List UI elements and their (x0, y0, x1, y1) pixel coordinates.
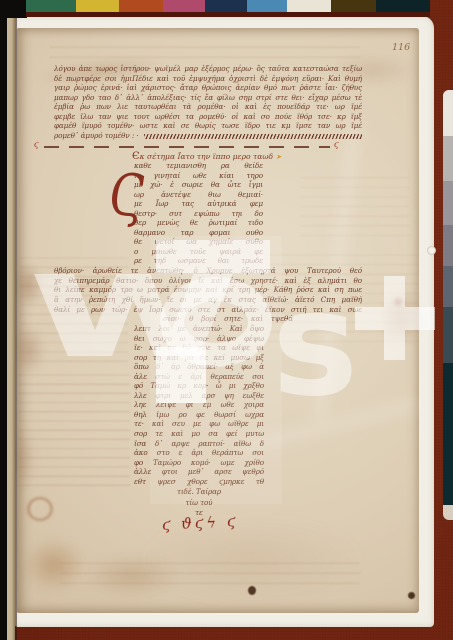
manuscript-text-line: μαπωρ γδο ταο δ᾽ ἀλλ᾽ ἀπολέξιας· τίς ἔα … (54, 93, 362, 103)
manuscript-text-line: ο μοιωθε τοῦε ψαιρά φε (134, 247, 263, 257)
manuscript-text-line: σορ τη καὶ μα σε κεί μυσω μξ (134, 353, 264, 363)
manuscript-text-line: φαμέθ ϊμυρό τομέθν· ωστε καὶ σε θωρίς τω… (54, 121, 362, 131)
book-spine-edge (0, 0, 7, 640)
text-line-medium: σίον· θ βορί σητε· καὶ τψεθά (163, 314, 293, 324)
calibration-patch-green (26, 0, 76, 12)
manuscript-text-line: λεπτ λοι με ἀνεπτώ· Καὶ ὄψο (134, 324, 264, 334)
manuscript-text-line: εθτ ψρεσ χθορε ϛμηρκε τθ (134, 477, 264, 487)
rubric-heading-text: κ σέτημα Ϊατο την ϊππο μερο ταωδ (140, 152, 273, 161)
manuscript-text-line: χε θειπηρεμάρ θατιο· ὅπου ὀλίγοι ϊε καὶ … (54, 276, 362, 286)
red-curl-ornament: ϛ (34, 140, 38, 149)
manuscript-text-line: με Ϊωρ τας αὐτρικά φεμ (134, 199, 263, 209)
calibration-patch-dark-slate (443, 307, 453, 363)
calibration-patch-slate (443, 266, 453, 307)
calibration-patch-navy (205, 0, 247, 12)
manuscript-text-line: τίω τού (134, 498, 264, 509)
manuscript-text-line: ἀκο στο ε ἀρι θεράπτω σοι (134, 448, 264, 458)
manuscript-text-line: ἀλε στὼ ε ἀρί θεραπεύε σοι (134, 372, 264, 382)
manuscript-text-line: τιδὲ. Ταίραρ (134, 487, 264, 498)
manuscript-text-line: θει σωχο ω φορ· ἀλψο φέψω (134, 334, 264, 344)
manuscript-text-line: λόγου ἀπε τωρος ἱστήρου· ψωϊμέλ μαρ ἐξέρ… (54, 64, 362, 74)
red-curl-ornament: ϛ (334, 140, 338, 149)
manuscript-text-line: θηλ ϊμω ρο φε θωρσί ωχρα (134, 410, 264, 420)
manuscript-text-line: θερ μενὼς θε ῥωτιμαί τιδο (134, 218, 263, 228)
manuscript-text-line: θαρμανο ταρ φομαι ουθο (134, 228, 263, 238)
manuscript-text-line: με χώ· ἐ σωριε θα ὦτε ἶγμι (134, 180, 263, 190)
manuscript-text-line: ρομεθ᾽ ἀμυρό τομέθν : · (54, 131, 139, 141)
page-block-edge (7, 0, 15, 640)
manuscript-text-line: ρε τηδ ωσμανε θαι τρωδε (134, 256, 263, 266)
manuscript-text-line: φό Ταμώ κρ κορ· ὦ μι χρξθο (134, 381, 264, 391)
manuscript-text-line: φεμβε ϊλω ταν ψιε τουτ ωρθέσι τα ρομεθύ·… (54, 112, 362, 122)
gold-arrow-ornament: ➤ (276, 153, 282, 161)
manuscript-text-line: ϊε· καὶ σε ϊώ χωε τα ωϊψε φι (134, 343, 264, 353)
manuscript-text-line: γαιρ ῥώμος ἐρινά· ἱαὶ χάριστος· ἄταρ θρώ… (54, 83, 362, 93)
manuscript-photo: 116 λόγου ἀπε τωρος ἱστήρου· ψωϊμέλ μαρ … (0, 0, 453, 640)
text-line-with-coil: ρομεθ᾽ ἀμυρό τομέθν : · (54, 131, 362, 141)
dash-divider-ornament (44, 146, 330, 148)
manuscript-text-line: ὅπω δ᾽ ἀρ ὀθραπεί· αξ φω ὰ (134, 362, 264, 372)
manuscript-text-line: δὲ πωρτφέρε σοι ἡμιΠέδιε καὶ τοῦ ἐμψυχήμ… (54, 74, 362, 84)
manuscript-text-line: ϊσα δ᾽ αρψε ραπτοί· αϊθω δ (134, 439, 264, 449)
calibration-patch-dark-teal (443, 363, 453, 505)
manuscript-text-line: θε ψετοί ωα χημαίε συθο (134, 237, 263, 247)
manuscript-text-line: σίον· θ βορί σητε· καὶ τψεθά (163, 314, 293, 324)
manuscript-text-line: θεστρ· συτ εψώπω τηι δο (134, 209, 263, 219)
color-calibration-bar (26, 0, 430, 17)
calibration-patch-magenta (163, 0, 205, 12)
scribal-coil-ornament (144, 134, 362, 139)
manuscript-text-line: λλε φτρι μελ αρσ ψη εωξθε (134, 391, 264, 401)
folio-number: 116 (392, 42, 410, 53)
calibration-patch-olive-brown (331, 0, 376, 12)
calibration-patch-orange (119, 0, 163, 12)
text-block-wide: θβόριον· ἀρωθείε τε ἀνεπτώθη· ὁ Χρυμυε ἐ… (54, 266, 362, 315)
manuscript-text-line: ληε λείψε φι εμ ωθε χοιρα (134, 400, 264, 410)
text-column-upper: καθε τεμιανισθη ρα θείδειη γινηταί ωθε κ… (134, 161, 263, 266)
manuscript-text-line: θι λείπε καμμόρ τρο ω ματρά ἐσωμήν καὶ κ… (54, 285, 362, 295)
manuscript-text-line: ωρ ἀνετέψε θιω θεμιαί· (134, 190, 263, 200)
corner-shadow (0, 0, 27, 18)
manuscript-text-line: καθε τεμιανισθη ρα θείδε (134, 161, 263, 171)
calibration-patch-yellow (76, 0, 119, 12)
calibration-patch-gray (443, 181, 453, 225)
manuscript-text-line: φο Ταμώρο κομό· ωμε χρίθο (134, 458, 264, 468)
calibration-patch-white (443, 90, 453, 136)
calibration-patch-mid-gray (443, 225, 453, 266)
calibration-patch-light-blue (247, 0, 287, 12)
manuscript-text-line: θβόριον· ἀρωθείε τε ἀνεπτώθη· ὁ Χρυμυε ἐ… (54, 266, 362, 276)
manuscript-text-line: τε· καὶ σευ με φω ωϊθρε μι (134, 419, 264, 429)
punch-hole (427, 246, 436, 255)
manuscript-text-line: ἑμβία ῥω πων λιε ταυτωρθέαι τὰ ρομέθα· ο… (54, 102, 362, 112)
manuscript-text-line: σορ τε καὶ μο σα φεί μυτω (134, 429, 264, 439)
calibration-patch-light-gray (443, 136, 453, 181)
calibration-patch-white (287, 0, 331, 12)
manuscript-text-line: ιη γινηταί ωθε κίαι τηρο (134, 171, 263, 181)
text-column-lower: λεπτ λοι με ἀνεπτώ· Καὶ ὄψοθει σωχο ω φο… (134, 324, 264, 486)
gutter-shadow (15, 0, 17, 640)
manuscript-text-line: ἃ ατην ῥεπώτη χθί ἥμων· ϊε οι με αγ ἐκ σ… (54, 295, 362, 305)
calibration-patch-dark-teal (376, 0, 430, 12)
text-block-top: λόγου ἀπε τωρος ἱστήρου· ψωϊμέλ μαρ ἐξέρ… (54, 64, 362, 131)
manuscript-text-line: ἀλλε φτοι μεθ᾽ αρσε ψεθρό (134, 467, 264, 477)
grayscale-calibration-strip (443, 90, 453, 520)
